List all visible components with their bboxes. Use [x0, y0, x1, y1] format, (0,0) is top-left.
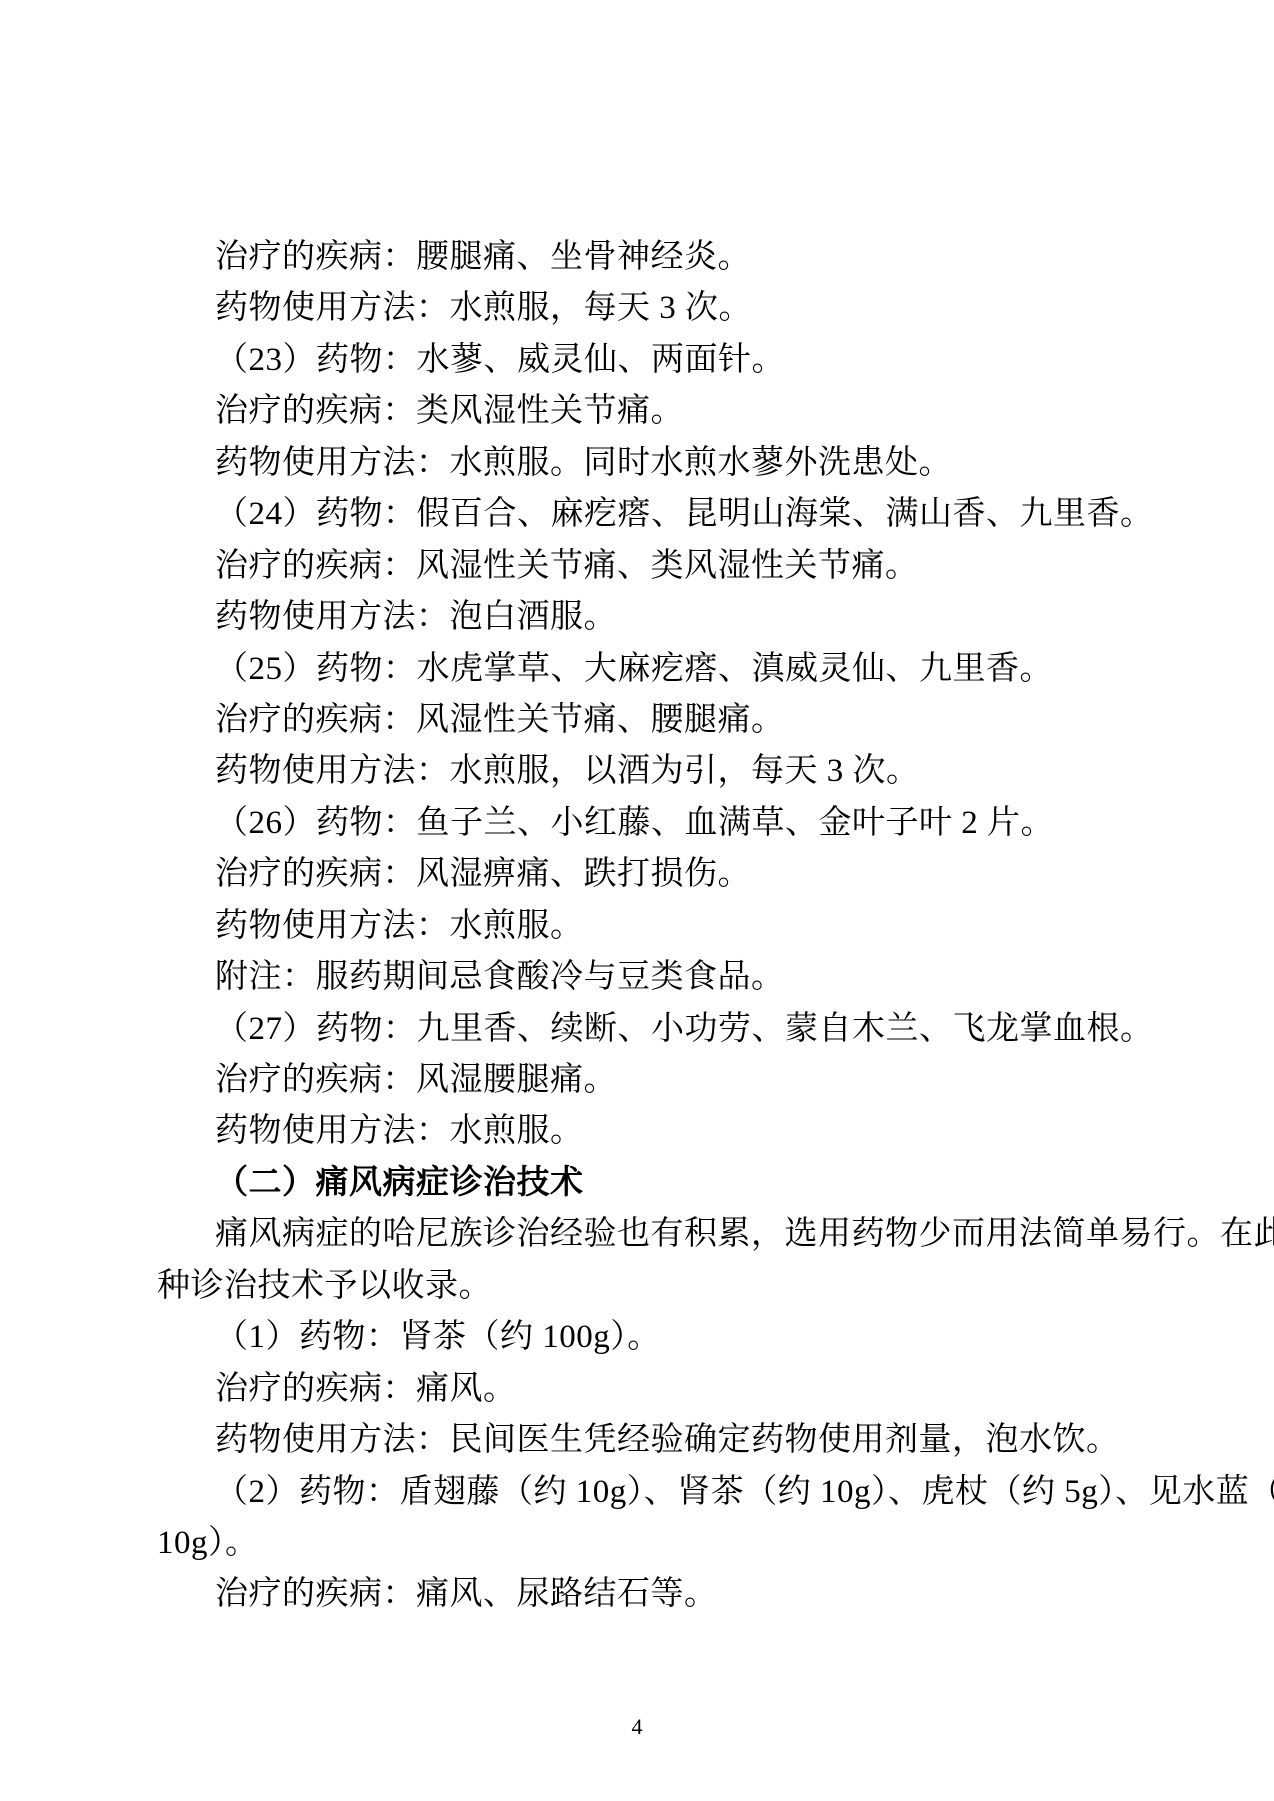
- text-line: （26）药物：鱼子兰、小红藤、血满草、金叶子叶 2 片。: [157, 798, 1133, 849]
- text-line: 治疗的疾病：痛风。: [157, 1364, 1133, 1415]
- text-line: 治疗的疾病：风湿腰腿痛。: [157, 1055, 1133, 1106]
- text-line: 药物使用方法：水煎服，每天 3 次。: [157, 283, 1133, 334]
- text-line: 治疗的疾病：类风湿性关节痛。: [157, 386, 1133, 437]
- section-heading: （二）痛风病症诊治技术: [157, 1158, 1133, 1209]
- text-line: 药物使用方法：水煎服。: [157, 1106, 1133, 1157]
- text-line: 治疗的疾病：腰腿痛、坐骨神经炎。: [157, 232, 1133, 283]
- text-line: 10g）。: [157, 1518, 1133, 1569]
- text-line: 种诊治技术予以收录。: [157, 1261, 1133, 1312]
- text-line: 药物使用方法：水煎服。同时水煎水蓼外洗患处。: [157, 438, 1133, 489]
- text-line: （23）药物：水蓼、威灵仙、两面针。: [157, 335, 1133, 386]
- text-line: 药物使用方法：水煎服。: [157, 901, 1133, 952]
- text-line: 附注：服药期间忌食酸冷与豆类食品。: [157, 952, 1133, 1003]
- text-line: 药物使用方法：水煎服，以酒为引，每天 3 次。: [157, 746, 1133, 797]
- text-line: （24）药物：假百合、麻疙瘩、昆明山海棠、满山香、九里香。: [157, 489, 1133, 540]
- text-line: （1）药物：肾茶（约 100g）。: [157, 1312, 1133, 1363]
- document-page: 治疗的疾病：腰腿痛、坐骨神经炎。药物使用方法：水煎服，每天 3 次。（23）药物…: [0, 0, 1274, 1801]
- text-line: （27）药物：九里香、续断、小功劳、蒙自木兰、飞龙掌血根。: [157, 1004, 1133, 1055]
- text-block: 治疗的疾病：腰腿痛、坐骨神经炎。药物使用方法：水煎服，每天 3 次。（23）药物…: [157, 232, 1133, 1621]
- text-line: 药物使用方法：民间医生凭经验确定药物使用剂量，泡水饮。: [157, 1415, 1133, 1466]
- page-number: 4: [632, 1714, 643, 1739]
- text-line: 痛风病症的哈尼族诊治经验也有积累，选用药物少而用法简单易行。在此筛选 3: [157, 1209, 1133, 1260]
- text-line: （2）药物：盾翅藤（约 10g）、肾茶（约 10g）、虎杖（约 5g）、见水蓝（…: [157, 1467, 1133, 1518]
- text-line: 治疗的疾病：风湿性关节痛、类风湿性关节痛。: [157, 541, 1133, 592]
- text-line: （25）药物：水虎掌草、大麻疙瘩、滇威灵仙、九里香。: [157, 644, 1133, 695]
- page-footer: 4: [0, 1712, 1274, 1742]
- text-line: 治疗的疾病：风湿性关节痛、腰腿痛。: [157, 695, 1133, 746]
- text-line: 治疗的疾病：痛风、尿路结石等。: [157, 1569, 1133, 1620]
- text-line: 药物使用方法：泡白酒服。: [157, 592, 1133, 643]
- text-line: 治疗的疾病：风湿痹痛、跌打损伤。: [157, 849, 1133, 900]
